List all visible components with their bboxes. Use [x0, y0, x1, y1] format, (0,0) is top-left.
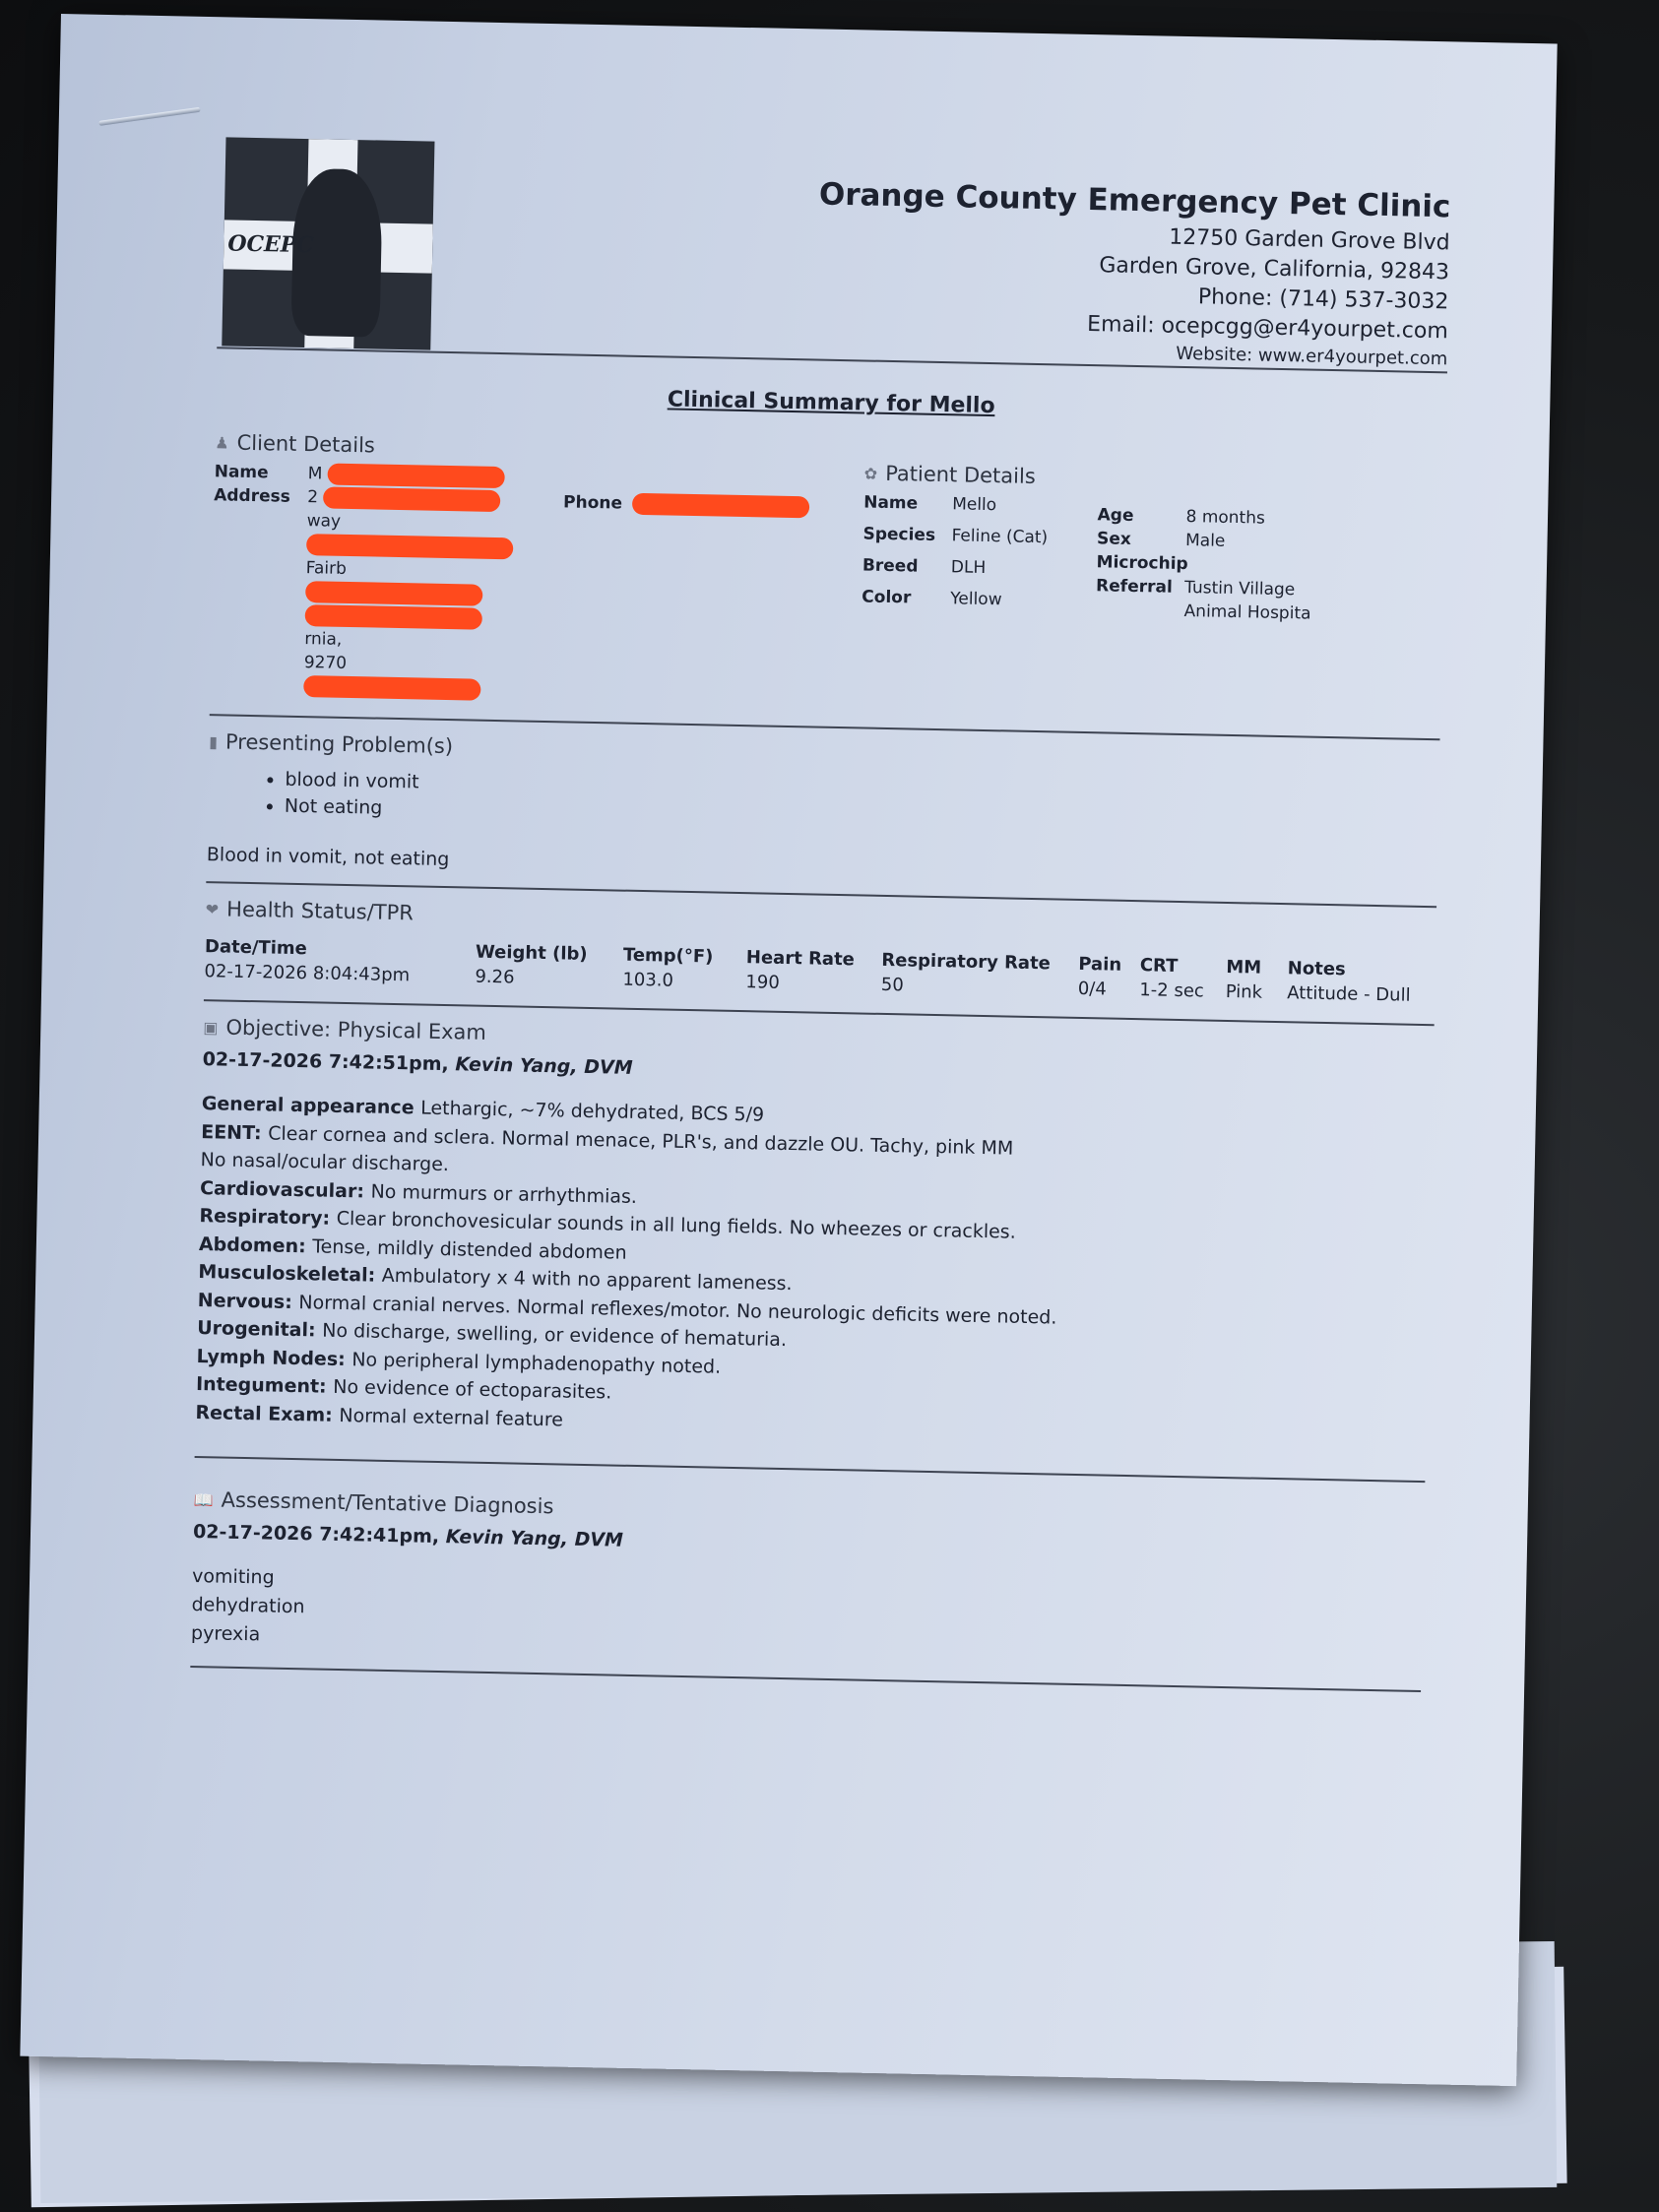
breed-label: Breed — [862, 553, 952, 587]
client-name-label: Name — [214, 460, 307, 485]
document-title: Clinical Summary for Mello — [216, 378, 1446, 427]
breed-value: DLH — [950, 555, 1047, 589]
color-value: Yellow — [950, 587, 1047, 620]
logo-text: OCEPC — [227, 230, 314, 258]
sex-label: Sex — [1097, 527, 1185, 552]
patient-section-title: Patient Details — [885, 462, 1036, 488]
problem-list: blood in vomit Not eating — [208, 765, 1439, 843]
patient-name-value: Mello — [952, 492, 1049, 526]
species-label: Species — [862, 522, 952, 555]
referral-value: Tustin Village Animal Hospita — [1183, 576, 1352, 626]
client-patient-row: ♟Client Details Name M Address 2 way Fai… — [210, 430, 1446, 740]
clinic-contact: Orange County Emergency Pet Clinic 12750… — [816, 176, 1451, 372]
pin-icon: ▮ — [209, 732, 218, 751]
book-icon: 📖 — [194, 1490, 214, 1509]
presenting-section-title: Presenting Problem(s) — [225, 730, 454, 759]
microchip-label: Microchip — [1096, 550, 1184, 576]
patient-details: ✿Patient Details NameMello SpeciesFeline… — [860, 461, 1445, 721]
client-address-label: Address — [210, 483, 307, 698]
physical-exam: ▣Objective: Physical Exam 02-17-2026 7:4… — [195, 1001, 1435, 1483]
tpr-table: Date/TimeWeight (lb)Temp(°F)Heart RateRe… — [204, 934, 1436, 1008]
color-label: Color — [861, 585, 951, 618]
clinic-logo: OCEPC — [222, 137, 434, 349]
health-section-title: Health Status/TPR — [226, 898, 414, 925]
exam-section-title: Objective: Physical Exam — [225, 1016, 486, 1044]
letterhead: OCEPC Orange County Emergency Pet Clinic… — [217, 125, 1451, 373]
exam-findings: General appearance Lethargic, ~7% dehydr… — [195, 1090, 1433, 1451]
species-value: Feline (Cat) — [951, 524, 1048, 557]
sex-value: Male — [1185, 529, 1353, 555]
heart-icon: ❤ — [206, 900, 220, 918]
age-value: 8 months — [1185, 505, 1353, 532]
presenting-problems: ▮Presenting Problem(s) blood in vomit No… — [206, 716, 1439, 908]
paw-icon: ✿ — [864, 464, 878, 482]
client-section-title: Client Details — [236, 431, 375, 458]
monitor-icon: ▣ — [203, 1018, 219, 1037]
client-phone-redacted — [628, 492, 809, 709]
client-phone-label: Phone — [559, 490, 632, 704]
user-icon: ♟ — [215, 433, 229, 452]
client-address-redacted: 2 way Fairb rnia, 9270 — [303, 485, 514, 702]
presenting-note: Blood in vomit, not eating — [207, 844, 1437, 890]
diagnosis-list: vomiting dehydration pyrexia — [191, 1562, 1423, 1673]
assessment-section-title: Assessment/Tentative Diagnosis — [221, 1488, 553, 1519]
age-label: Age — [1097, 503, 1185, 529]
clinical-summary-page: OCEPC Orange County Emergency Pet Clinic… — [20, 14, 1557, 2086]
assessment: 📖Assessment/Tentative Diagnosis 02-17-20… — [190, 1458, 1425, 1692]
microchip-value — [1184, 552, 1352, 579]
patient-name-label: Name — [863, 490, 953, 524]
client-details: ♟Client Details Name M Address 2 way Fai… — [210, 430, 805, 708]
staple — [98, 107, 201, 126]
referral-label: Referral — [1095, 574, 1184, 623]
